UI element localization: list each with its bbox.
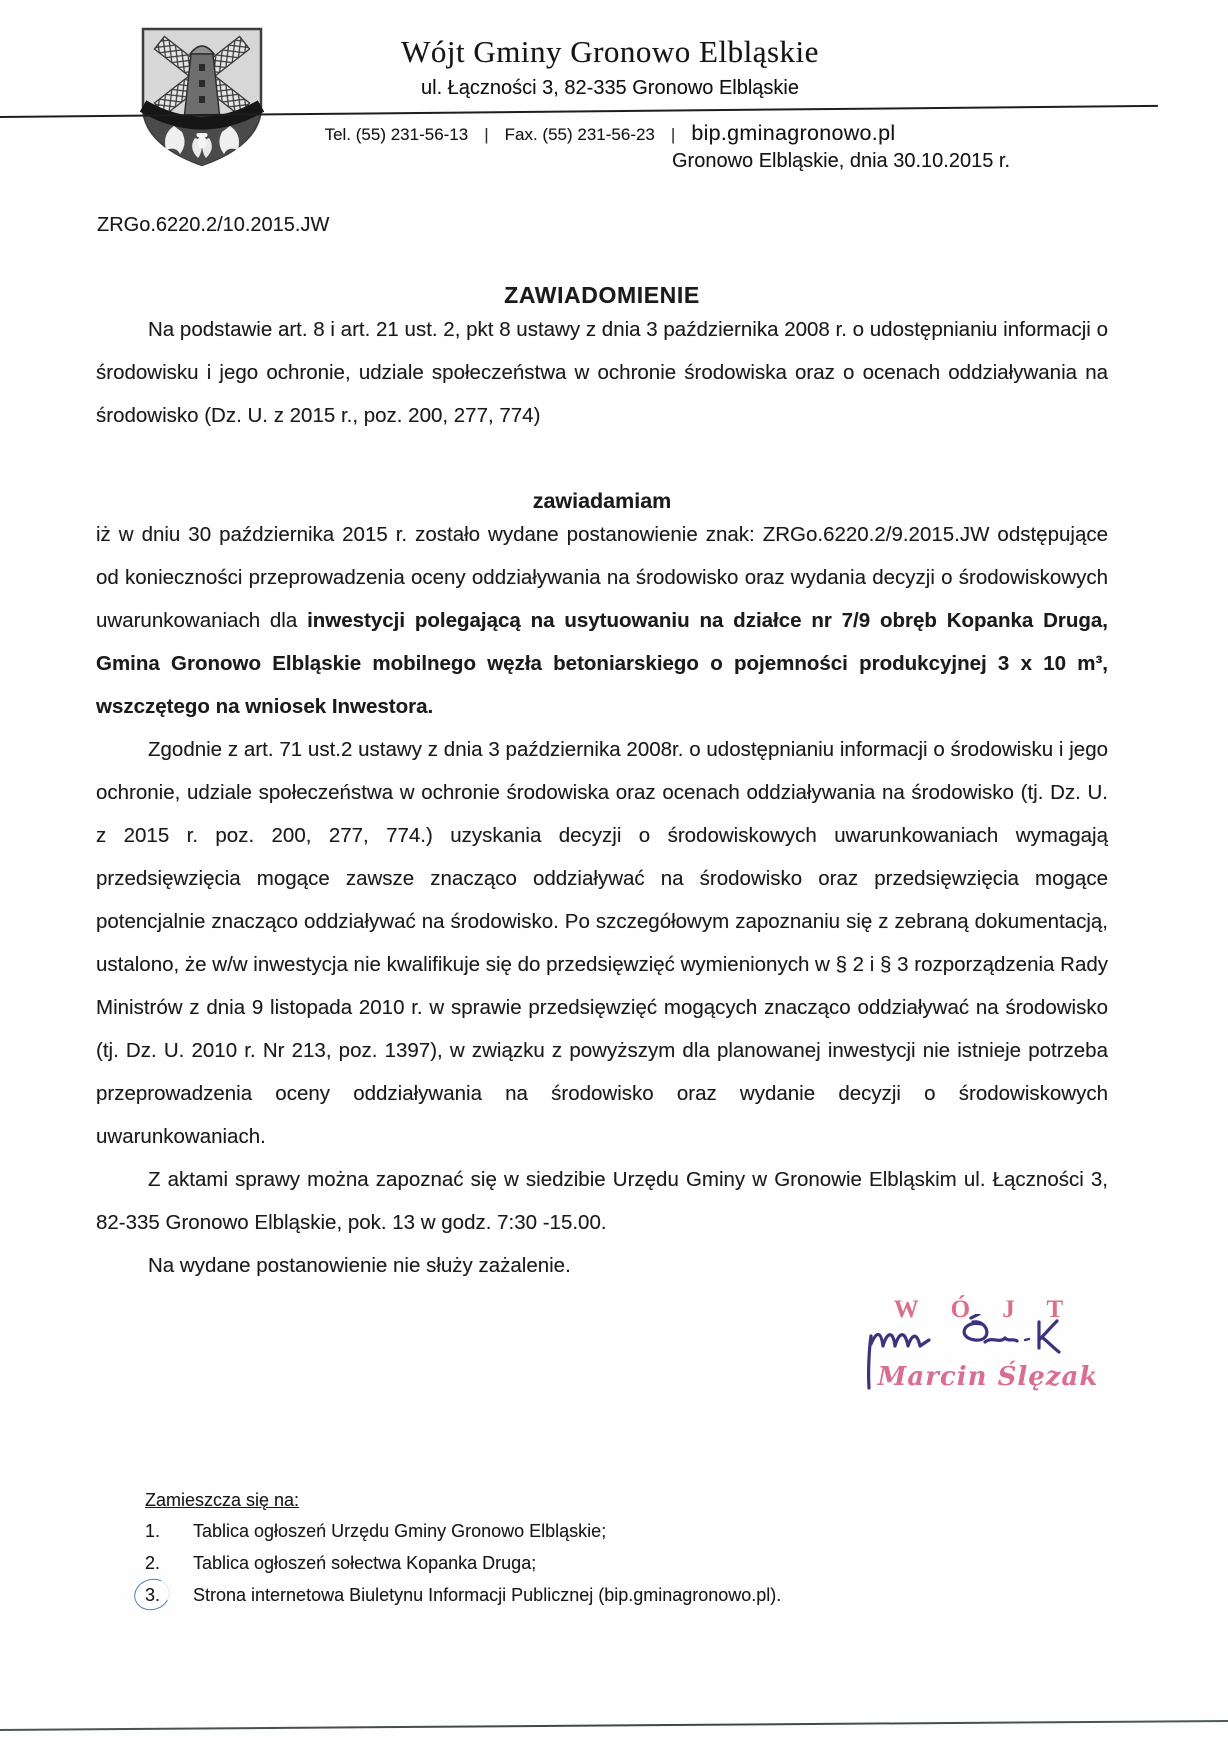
list-item: 2. Tablica ogłoszeń sołectwa Kopanka Dru…: [145, 1552, 905, 1575]
list-item-text: Tablica ogłoszeń Urzędu Gminy Gronowo El…: [193, 1520, 606, 1543]
distribution-heading: Zamieszcza się na:: [145, 1490, 905, 1511]
website-url: bip.gminagronowo.pl: [691, 121, 895, 145]
pen-circle-annotation-icon: [130, 1574, 174, 1615]
place-and-date: Gronowo Elbląskie, dnia 30.10.2015 r.: [672, 150, 1010, 173]
list-item: 1. Tablica ogłoszeń Urzędu Gminy Gronowo…: [145, 1520, 905, 1543]
letterhead: Wójt Gminy Gronowo Elbląskie ul. Łącznoś…: [240, 34, 980, 100]
list-item-text: Tablica ogłoszeń sołectwa Kopanka Druga;: [193, 1552, 536, 1575]
list-item: 3. Strona internetowa Biuletynu Informac…: [145, 1584, 905, 1607]
document-title: ZAWIADOMIENIE: [96, 282, 1108, 308]
org-name: Wójt Gminy Gronowo Elbląskie: [240, 34, 980, 70]
fax-number: Fax. (55) 231-56-23: [505, 125, 655, 144]
contact-line: Tel. (55) 231-56-13|Fax. (55) 231-56-23|…: [240, 121, 980, 146]
justification-paragraph: Zgodnie z art. 71 ust.2 ustawy z dnia 3 …: [96, 728, 1108, 1158]
separator: |: [671, 125, 675, 145]
list-item-number: 3.: [145, 1584, 193, 1607]
scanned-document-page: Wójt Gminy Gronowo Elbląskie ul. Łącznoś…: [0, 0, 1228, 1742]
stamp-name: Marcin Ślęzak: [863, 1362, 1113, 1392]
separator: |: [484, 125, 488, 145]
distribution-list: Zamieszcza się na: 1. Tablica ogłoszeń U…: [145, 1490, 905, 1616]
scan-edge-line: [0, 1720, 1228, 1731]
case-reference-number: ZRGo.6220.2/10.2015.JW: [97, 214, 329, 237]
case-access-paragraph: Z aktami sprawy można zapoznać się w sie…: [96, 1158, 1108, 1244]
legal-basis-paragraph: Na podstawie art. 8 i art. 21 ust. 2, pk…: [96, 308, 1108, 437]
list-item-number: 2.: [145, 1552, 193, 1575]
list-item-number: 1.: [145, 1520, 193, 1543]
decision-paragraph: iż w dniu 30 października 2015 r. został…: [96, 513, 1108, 728]
phone-number: Tel. (55) 231-56-13: [325, 125, 469, 144]
signature-block: W Ó J T Marcin Ślęzak: [845, 1296, 1125, 1416]
document-body: ZAWIADOMIENIE Na podstawie art. 8 i art.…: [96, 282, 1108, 1287]
list-item-text: Strona internetowa Biuletynu Informacji …: [193, 1584, 781, 1607]
no-appeal-paragraph: Na wydane postanowienie nie służy zażale…: [96, 1244, 1108, 1287]
notify-subheading: zawiadamiam: [96, 489, 1108, 513]
org-address: ul. Łączności 3, 82-335 Gronowo Elbląski…: [240, 77, 980, 100]
